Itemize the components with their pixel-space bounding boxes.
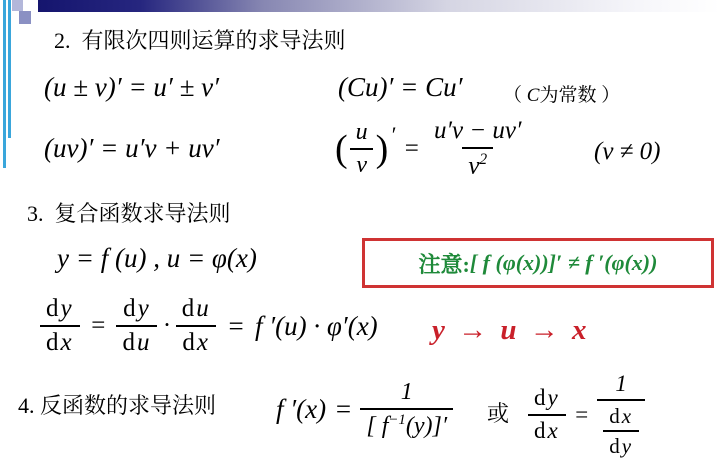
equals-sign: = [574, 402, 590, 428]
attention-label: 注意: [419, 248, 470, 279]
inverse-rule-formula: f ′(x) = 1 [ f−1(y)]′ [276, 380, 453, 439]
equals-sign: = [227, 311, 245, 342]
slide: 2. 有限次四则运算的求导法则 (u ± v)′ = u′ ± v′ (Cu)′… [0, 0, 720, 465]
prime-mark: ′ [390, 122, 395, 148]
uv-fraction: u v [350, 120, 374, 178]
chain-dydu-fraction: dy du [116, 296, 157, 357]
corner-square-dark [19, 11, 31, 24]
denominator-post: (y)]′ [406, 413, 447, 439]
multiplication-dot: · [163, 312, 169, 340]
chain-dudx-denominator: dx [176, 325, 216, 356]
chain-lhs-denominator: dx [40, 325, 80, 356]
chain-dydu-denominator: du [116, 325, 157, 356]
uv-fraction-denominator: v [350, 148, 373, 178]
product-rule-formula: (uv)′ = u′v + uv′ [44, 133, 220, 164]
inverse-lhs: f ′(x) [276, 394, 326, 425]
chain-rule-formula: dy dx = dy du · du dx = f ′(u) · φ′(x) [40, 296, 378, 357]
inverse-fraction: 1 [ f−1(y)]′ [360, 380, 453, 439]
denominator-exponent: 2 [479, 151, 487, 168]
constant-note-close: ） [596, 85, 620, 106]
chain-rhs-expression: f ′(u) · φ′(x) [255, 311, 378, 342]
equals-sign: = [90, 312, 107, 340]
quotient-rule-formula: ( u v ) ′ = u′v − uv′ v2 [333, 118, 528, 180]
chain-lhs-fraction: dy dx [40, 296, 80, 357]
equals-sign: = [334, 394, 352, 425]
alternate-inverse-formula: dy dx = 1 dx dy [528, 372, 645, 457]
alt-lhs-numerator: dy [528, 386, 566, 413]
inverse-denominator: [ f−1(y)]′ [360, 408, 453, 439]
left-vertical-stripe-short [8, 0, 11, 138]
constant-note-open: （ [503, 85, 527, 106]
constant-note: （ C为常数 ） [503, 80, 620, 107]
attention-box: 注意:[ f (φ(x))]′ ≠ f ′(φ(x)) [362, 238, 714, 288]
alt-outer-fraction: 1 dx dy [597, 372, 645, 457]
close-paren: ) [374, 130, 391, 168]
quotient-condition-note: (v ≠ 0) [594, 138, 660, 166]
inverse-exponent: −1 [388, 412, 405, 428]
equals-sign: = [403, 135, 420, 163]
chain-lhs-numerator: dy [40, 296, 80, 325]
alt-lhs-denominator: dx [528, 414, 566, 443]
constant-note-var: C [527, 85, 540, 106]
alt-outer-numerator: 1 [609, 372, 633, 399]
chain-dydu-numerator: dy [117, 296, 157, 325]
denominator-base: v [468, 153, 479, 180]
section-3-heading: 3. 复合函数求导法则 [27, 197, 231, 228]
chain-dudx-numerator: du [176, 296, 217, 325]
open-paren: ( [333, 130, 350, 168]
sum-rule-formula: (u ± v)′ = u′ ± v′ [44, 72, 219, 103]
alt-lhs-fraction: dy dx [528, 386, 566, 442]
alt-inner-denominator: dy [603, 430, 639, 457]
section-4-label: 4. 反函数的求导法则 [18, 389, 216, 420]
constant-rule-formula: (Cu)′ = Cu′ [338, 72, 463, 103]
section-2-heading: 2. 有限次四则运算的求导法则 [54, 24, 346, 55]
composite-setup-formula: y = f (u) , u = φ(x) [57, 243, 257, 274]
top-gradient-bar [38, 0, 720, 12]
quotient-rhs-numerator: u′v − uv′ [428, 118, 528, 147]
attention-formula: [ f (φ(x))]′ ≠ f ′(φ(x)) [470, 250, 658, 276]
chain-dudx-fraction: du dx [176, 296, 217, 357]
constant-note-text: 为常数 [539, 85, 596, 106]
corner-square-light [12, 0, 23, 11]
inverse-numerator: 1 [395, 380, 419, 408]
quotient-rhs-fraction: u′v − uv′ v2 [428, 118, 528, 180]
or-text: 或 [487, 397, 509, 428]
uv-fraction-numerator: u [350, 120, 374, 148]
alt-inner-numerator: dx [603, 405, 639, 430]
quotient-rhs-denominator: v2 [462, 147, 493, 180]
alt-inner-fraction: dx dy [603, 405, 639, 457]
denominator-pre: [ f [366, 413, 388, 439]
alt-outer-denominator: dx dy [597, 399, 645, 457]
left-vertical-stripe-long [3, 0, 6, 168]
chain-flow-text: y → u → x [432, 314, 590, 347]
